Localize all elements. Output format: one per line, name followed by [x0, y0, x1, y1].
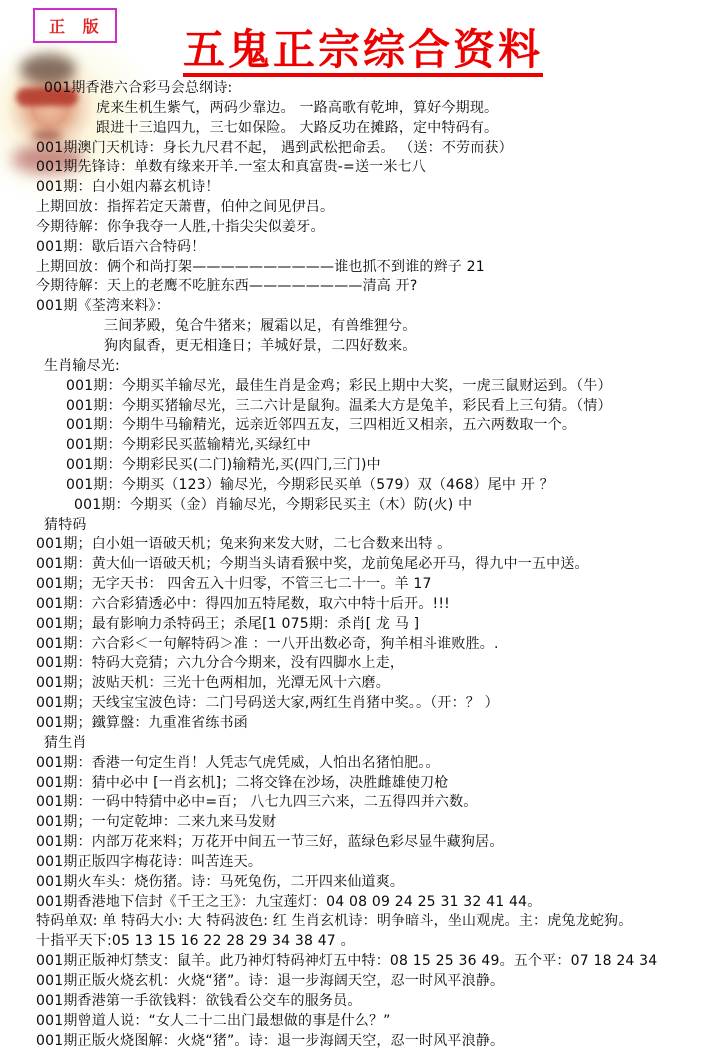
text-line: 001期正版火烧玄机：火烧“猪”。诗：退一步海阔天空，忍一时风平浪静。: [0, 972, 703, 992]
text-line: 十指平天下:05 13 15 16 22 28 29 34 38 47 。: [0, 932, 703, 952]
text-line: 001期；白小姐一语破天机；兔来狗来发大财，二七合数来出特 。: [0, 535, 703, 555]
text-line: 001期：白小姐内幕玄机诗！: [0, 178, 703, 198]
text-line: 001期；波贴天机：三光十色两相加，光潭无风十六磨。: [0, 674, 703, 694]
text-line: 001期：今期买猪输尽光，三二六计是鼠狗。温柔大方是兔羊，彩民看上三句猜。（情）: [0, 397, 703, 417]
text-line: 001期香港第一手欲钱料：欲钱看公交车的服务员。: [0, 992, 703, 1012]
lottery-info-sheet: 正 版 五鬼正宗综合资料 001期香港六合彩马会总纲诗:虎来生机生紫气，两码少靠…: [0, 0, 703, 1053]
text-line: 001期香港六合彩马会总纲诗:: [0, 79, 703, 99]
text-line: 001期：一码中特猜中必中=百； 八七九四三六来，二五得四并六数。: [0, 793, 703, 813]
text-line: 上期回放：俩个和尚打架——————————谁也抓不到谁的辫子 21: [0, 258, 703, 278]
text-line: 今期待解：天上的老鹰不吃脏东西————————清高 开?: [0, 277, 703, 297]
text-line: 001期：六合彩猜透必中：得四加五特尾数，取六中特十后开。!!!: [0, 595, 703, 615]
text-line: 001期正版火烧图解：火烧“猪”。诗：退一步海阔天空，忍一时风平浪静。: [0, 1032, 703, 1052]
section-heading: 猜生肖: [0, 734, 703, 754]
text-line: 虎来生机生紫气，两码少靠边。 一路高歌有乾坤，算好今期现。: [0, 99, 703, 119]
text-line: 001期：内部万花来料；万花开中间五一节三好，蓝绿色彩尽显牛藏狗居。: [0, 833, 703, 853]
text-line: 三间茅殿，兔合牛猪来；履霜以足，有兽维狸兮。: [0, 317, 703, 337]
text-line: 001期香港地下信封《千王之王》：九宝莲灯：04 08 09 24 25 31 …: [0, 893, 703, 913]
text-line: 001期：猜中必中 [一肖玄机]；二将交锋在沙场，决胜雌雄使刀枪: [0, 774, 703, 794]
text-line: 今期待解：你争我夺一人胜,十指尖尖似姜牙。: [0, 218, 703, 238]
text-line: 001期：今期买羊输尽光，最佳生肖是金鸡；彩民上期中大奖，一虎三鼠财运到。（牛）: [0, 377, 703, 397]
text-line: 001期：今期买（123）输尽光，今期彩民买单（579）双（468）尾中 开 ？: [0, 476, 703, 496]
text-line: 001期：特码大竞猜；六九分合今期来，没有四脚水上走，: [0, 654, 703, 674]
text-line: 001期正版四字梅花诗：叫苦连天。: [0, 853, 703, 873]
text-line: 001期：香港一句定生肖！人凭志气虎凭威，人怕出名猪怕肥。。: [0, 754, 703, 774]
text-line: 001期：今期牛马输精光，远亲近邻四五友，三四相近又相亲，五六两数取一个。: [0, 416, 703, 436]
text-lines: 001期香港六合彩马会总纲诗:虎来生机生紫气，两码少靠边。 一路高歌有乾坤，算好…: [0, 79, 703, 1051]
text-line: 001期曾道人说：“女人二十二出门最想做的事是什么？”: [0, 1012, 703, 1032]
authentic-badge: 正 版: [33, 8, 117, 43]
text-line: 001期；天线宝宝波色诗：二门号码送大家,两红生肖猪中奖。。（开：？ ）: [0, 694, 703, 714]
text-line: 上期回放：指挥若定天萧曹，伯仲之间见伊吕。: [0, 198, 703, 218]
text-line: 001期澳门天机诗：身长九尺君不起， 遇到武松把命丢。 （送：不劳而获）: [0, 139, 703, 159]
text-line: 001期：今期彩民买蓝输精光,买绿红中: [0, 436, 703, 456]
text-line: 001期；鐵算盤：九重准省练书函: [0, 714, 703, 734]
text-line: 001期：黄大仙一语破天机；今期当头请看猴中奖，龙前兔尾必开马，得九中一五中送。: [0, 555, 703, 575]
text-line: 001期；无字天书： 四舍五入十归零，不管三七二十一。羊 17: [0, 575, 703, 595]
section-heading: 生肖输尽光:: [0, 357, 703, 377]
text-line: 特码单双: 单 特码大小: 大 特码波色: 红 生肖玄机诗：明争暗斗，坐山观虎。…: [0, 912, 703, 932]
text-line: 001期先锋诗：单数有缘来开羊.一室太和真富贵-=送一米七八: [0, 158, 703, 178]
text-line: 001期《荃湾来料》：: [0, 297, 703, 317]
section-heading: 猜特码: [0, 516, 703, 536]
text-line: 001期：歇后语六合特码！: [0, 238, 703, 258]
text-line: 001期：今期买（金）肖输尽光，今期彩民买主（木）防(火) 中: [0, 496, 703, 516]
text-line: 001期：今期彩民买(二门)输精光,买(四门,三门)中: [0, 456, 703, 476]
text-line: 跟进十三追四九，三七如保险。 大路反功在摊路，定中特码有。: [0, 119, 703, 139]
text-line: 001期火车头：烧伤猪。诗：马死兔伤，二开四来仙道爽。: [0, 873, 703, 893]
text-line: 001期：六合彩＜一句解特码＞准 ：一八开出数必奇，狗羊相斗谁败胜。.: [0, 635, 703, 655]
text-line: 狗肉鼠香，更无相逢日；羊城好景，二四好数来。: [0, 337, 703, 357]
text-line: 001期；一句定乾坤：二来九来马发财: [0, 813, 703, 833]
text-line: 001期正版神灯禁支：鼠羊。此乃神灯特码神灯五中特：08 15 25 36 49…: [0, 952, 703, 972]
page-title: 五鬼正宗综合资料: [183, 28, 543, 77]
text-line: 001期；最有影响力杀特码王；杀尾[1 075期：杀肖[ 龙 马 ]: [0, 615, 703, 635]
